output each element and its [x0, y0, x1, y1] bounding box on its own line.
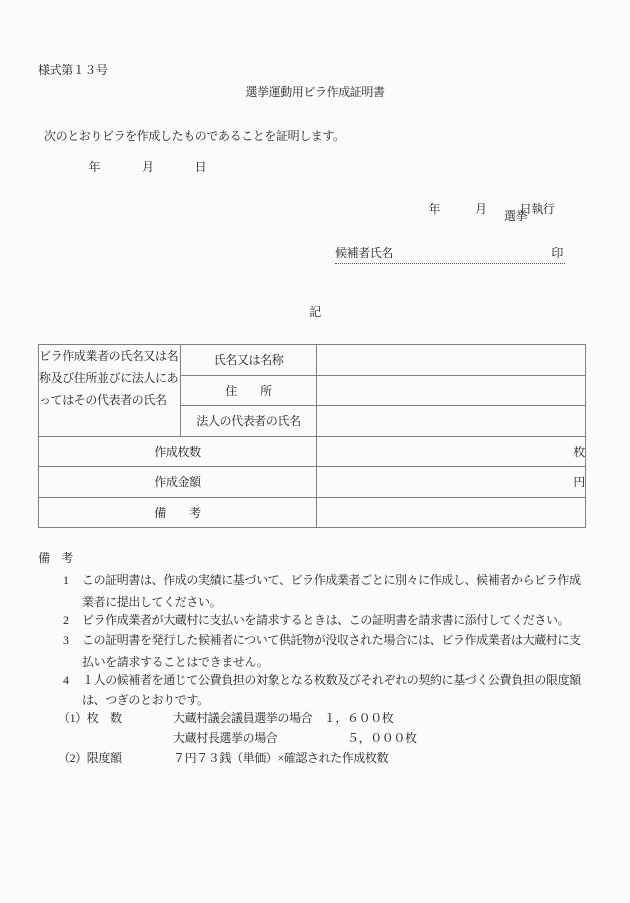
certificate-page: 様式第１３号 選挙運動用ビラ作成証明書 次のとおりビラを作成したものであることを… [0, 0, 630, 903]
producer-group-label: ビラ作成業者の氏名又は名称及び住所並びに法人にあってはその代表者の氏名 [39, 345, 181, 437]
election-exec-date-line: 年月日執行 [418, 188, 554, 230]
note-line-text: この証明書を発行した候補者について供託物が没収された場合には、ビラ作成業者は大蔵… [82, 633, 581, 647]
candidate-name-line: 候補者氏名 印 [335, 246, 565, 264]
note-line-text: 業者に提出してください。 [82, 595, 221, 609]
note-line-text: ビラ作成業者が大蔵村に支払いを請求するときは、この証明書を請求書に添付してくださ… [82, 613, 569, 627]
certify-statement: 次のとおりビラを作成したものであることを証明します。 [44, 129, 345, 143]
table-row: 作成金額 円 [39, 467, 586, 498]
issue-date-line: 年月日 [78, 146, 206, 188]
note-line-text: 備 考 [38, 551, 73, 565]
row-label-representative: 法人の代表者の氏名 [181, 406, 317, 437]
table-row: 作成枚数 枚 [39, 436, 586, 467]
row-value-remarks [317, 497, 586, 528]
note-line-text: 払いを請求することはできません。 [82, 655, 268, 669]
producer-info-table: ビラ作成業者の氏名又は名称及び住所並びに法人にあってはその代表者の氏名 氏名又は… [38, 344, 586, 528]
table-row: ビラ作成業者の氏名又は名称及び住所並びに法人にあってはその代表者の氏名 氏名又は… [39, 345, 586, 376]
row-label-copies: 作成枚数 [39, 436, 317, 467]
issue-day-label: 日 [195, 160, 207, 174]
note-line-text: ７円７３銭（単価）×確認された作成枚数 [173, 751, 388, 765]
document-title: 選挙運動用ビラ作成証明書 [0, 85, 630, 99]
row-label-name: 氏名又は名称 [181, 345, 317, 376]
ki-mark: 記 [0, 305, 630, 319]
exec-month-label: 月 [475, 202, 487, 216]
row-value-name [317, 345, 586, 376]
seal-mark: 印 [551, 246, 563, 260]
note-line-text: １人の候補者を通じて公費負担の対象となる枚数及びそれぞれの契約に基づく公費負担の… [82, 673, 581, 687]
row-label-amount: 作成金額 [39, 467, 317, 498]
row-unit-copies: 枚 [317, 436, 586, 467]
table-row: 備 考 [39, 497, 586, 528]
exec-year-label: 年 [428, 202, 440, 216]
note-line-text: （2）限度額 [58, 751, 122, 765]
note-line-text: 1 [63, 573, 69, 587]
candidate-name-label: 候補者氏名 [335, 246, 393, 260]
note-line-text: は、つぎのとおりです。 [82, 693, 209, 707]
note-line-text: この証明書は、作成の実績に基づいて、ビラ作成業者ごとに別々に作成し、候補者からビ… [82, 573, 581, 587]
issue-year-label: 年 [88, 160, 100, 174]
row-value-address [317, 375, 586, 406]
row-label-remarks: 備 考 [39, 497, 317, 528]
note-line-text: 4 [63, 673, 69, 687]
note-line-text: 3 [63, 633, 69, 647]
form-number: 様式第１３号 [38, 63, 108, 77]
row-value-representative [317, 406, 586, 437]
note-line-text: （1）枚 数 [58, 711, 122, 725]
election-label: 選挙 [504, 209, 527, 223]
row-unit-amount: 円 [317, 467, 586, 498]
note-line-text: 大蔵村議会議員選挙の場合 １，６００枚 [173, 711, 393, 725]
issue-month-label: 月 [142, 160, 154, 174]
row-label-address: 住 所 [181, 375, 317, 406]
note-line-text: 2 [63, 613, 69, 627]
note-line-text: 大蔵村長選挙の場合 ５，０００枚 [173, 731, 417, 745]
